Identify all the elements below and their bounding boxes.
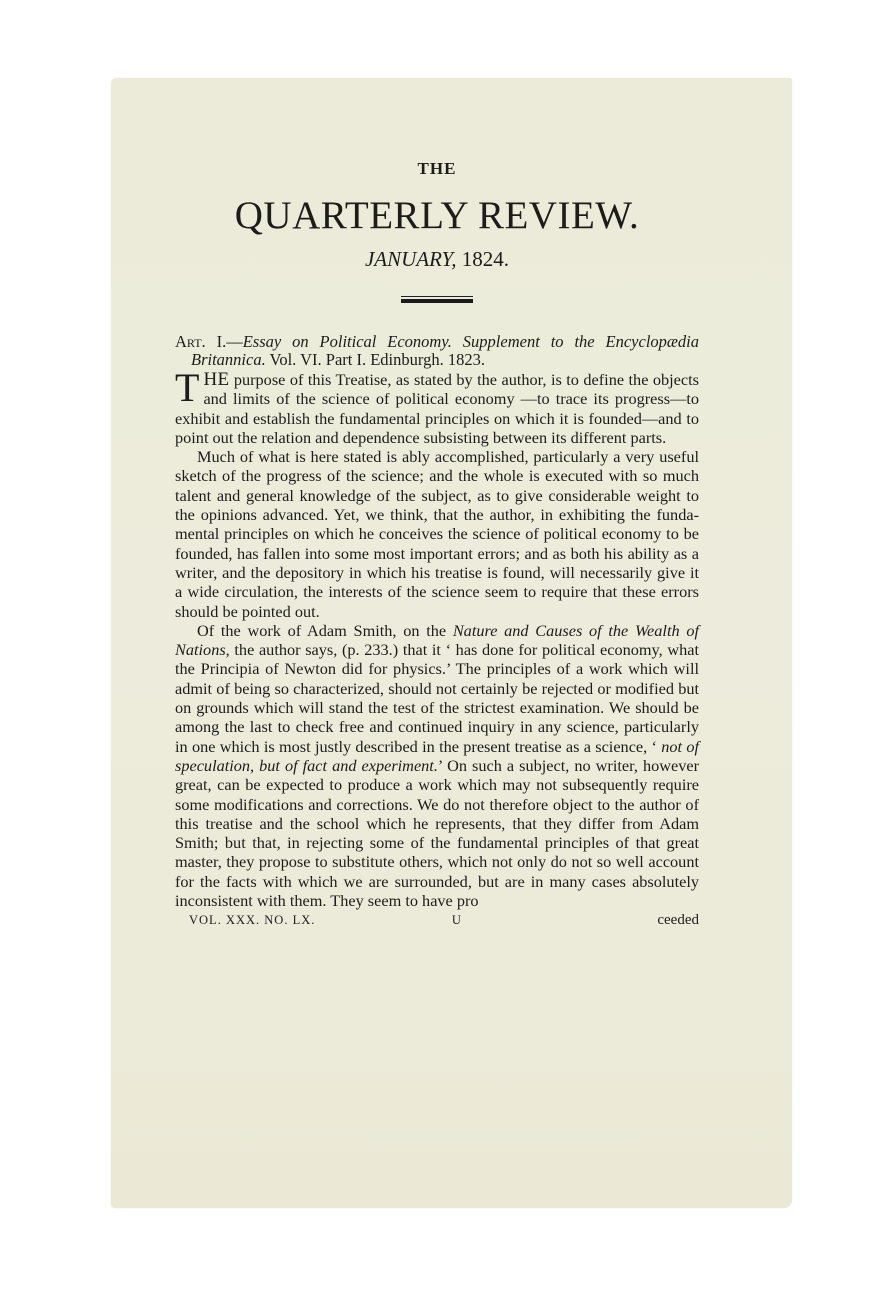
paragraph-3: Of the work of Adam Smith, on the Nature…: [175, 621, 699, 910]
issue-date: JANUARY, 1824.: [175, 246, 699, 272]
article-body: THE purpose of this Treatise, as stated …: [175, 370, 699, 910]
paragraph-3-text-b: , the author says, (p. 233.) that it ‘ h…: [175, 640, 699, 755]
paragraph-1: THE purpose of this Treatise, as stated …: [175, 370, 699, 447]
article-number: Art. I.—: [175, 332, 243, 351]
drop-cap: T: [175, 372, 199, 404]
article-publication-info: Vol. VI. Part I. Edinburgh. 1823.: [266, 350, 485, 369]
paragraph-2: Much of what is here stated is ably acco…: [175, 447, 699, 621]
printed-page: THE QUARTERLY REVIEW. JANUARY, 1824. Art…: [111, 78, 792, 1208]
volume-number: VOL. XXX. NO. LX.: [189, 911, 315, 929]
double-rule-divider: [401, 296, 473, 303]
catchword: ceeded: [657, 911, 699, 929]
paragraph-1-text: purpose of this Treatise, as stated by t…: [175, 370, 699, 447]
paragraph-3-text-a: Of the work of Adam Smith, on the: [197, 621, 453, 640]
paragraph-3-text-c: ’ On such a subject, no writer, however …: [175, 756, 699, 910]
page-content: THE QUARTERLY REVIEW. JANUARY, 1824. Art…: [175, 158, 699, 929]
issue-year: 1824.: [457, 247, 510, 271]
article-heading: Art. I.—Essay on Political Economy. Supp…: [175, 333, 699, 369]
masthead-title: QUARTERLY REVIEW.: [175, 194, 699, 238]
signature-mark: U: [452, 911, 461, 929]
issue-month: JANUARY,: [365, 247, 457, 271]
page-footer: VOL. XXX. NO. LX. U ceeded: [175, 911, 699, 929]
masthead-article: THE: [175, 158, 699, 180]
opening-word: HE: [203, 369, 229, 390]
